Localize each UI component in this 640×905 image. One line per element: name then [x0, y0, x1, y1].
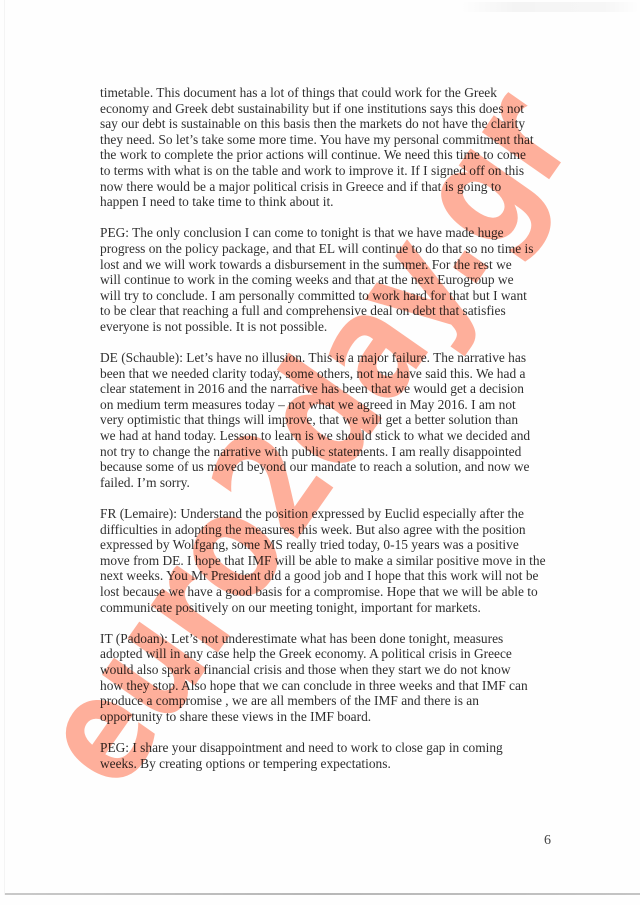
- page-number: 6: [544, 833, 551, 849]
- document-page: timetable. This document has a lot of th…: [0, 0, 640, 905]
- page-bottom-edge: [5, 893, 640, 895]
- document-body: timetable. This document has a lot of th…: [100, 85, 570, 787]
- paragraph-it-padoan: IT (Padoan): Let’s not underestimate wha…: [100, 631, 570, 725]
- paragraph-fr-lemaire: FR (Lemaire): Understand the position ex…: [100, 506, 570, 615]
- paragraph-peg-closing: PEG: I share your disappointment and nee…: [100, 740, 570, 771]
- paragraph-continuation: timetable. This document has a lot of th…: [100, 85, 570, 210]
- paragraph-de-schauble: DE (Schauble): Let’s have no illusion. T…: [100, 350, 570, 490]
- scan-artifact: [460, 2, 640, 12]
- paragraph-peg-conclusion: PEG: The only conclusion I can come to t…: [100, 225, 570, 334]
- page-edge: [4, 0, 5, 895]
